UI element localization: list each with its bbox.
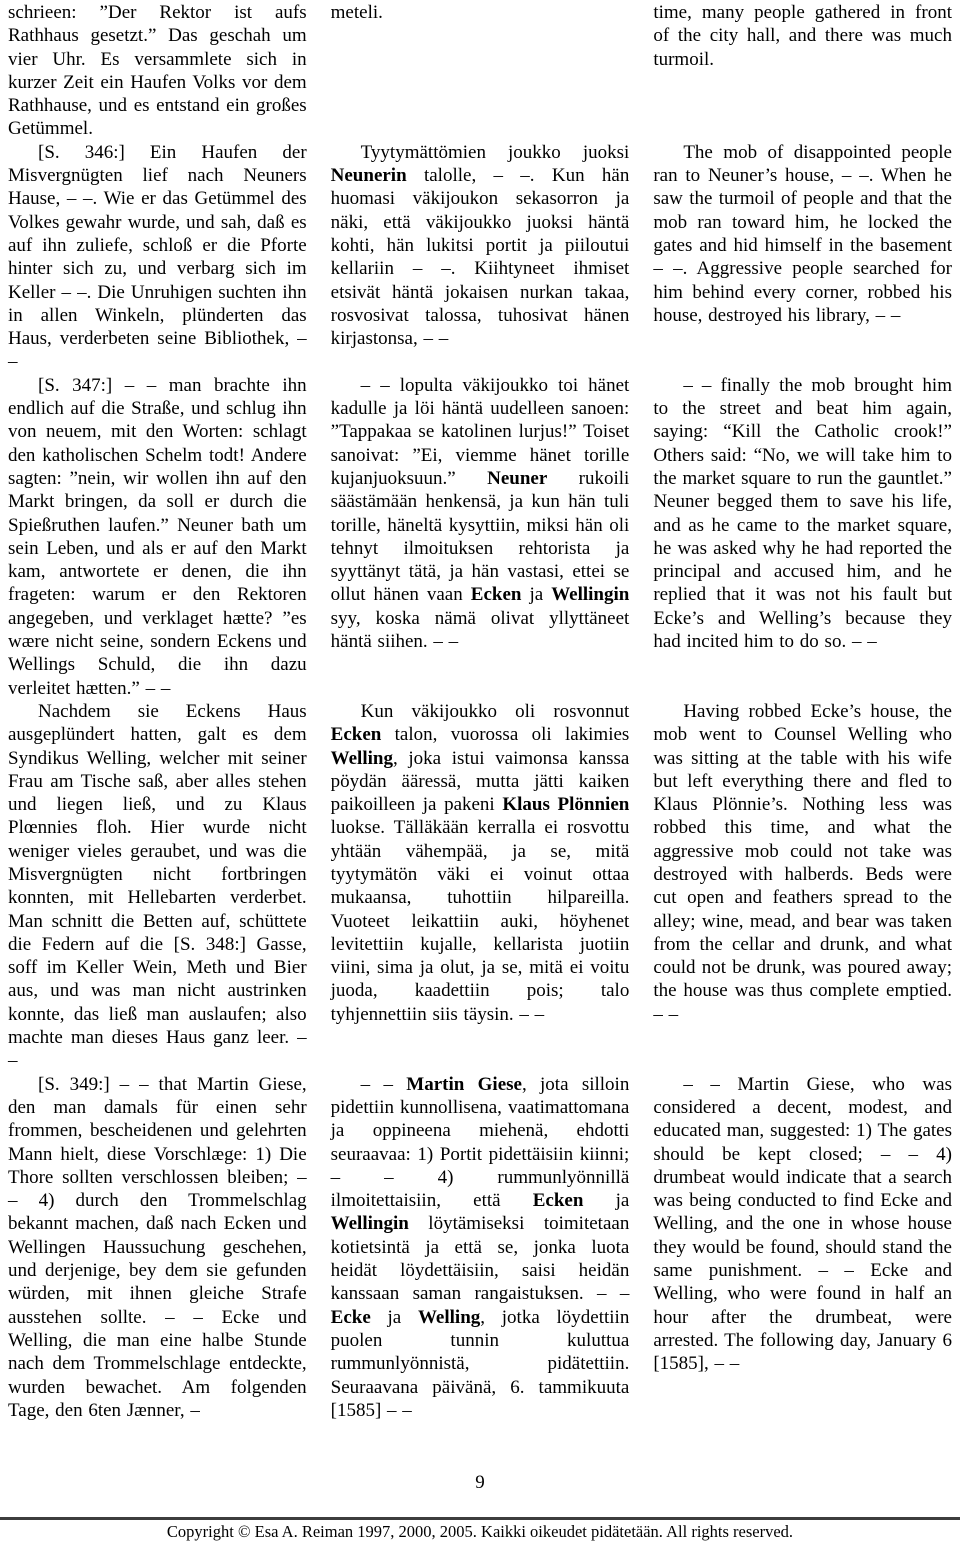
- paragraph-english: The mob of disappointed people ran to Ne…: [653, 141, 952, 327]
- paragraph-german: schrieen: ”Der Rektor ist aufs Rathhaus …: [8, 1, 307, 141]
- cell-english-row5: – – Martin Giese, who was considered a d…: [653, 1073, 952, 1422]
- text-segment: meteli.: [331, 2, 383, 23]
- text-segment: ja: [583, 1190, 629, 1211]
- paragraph-german: [S. 346:] Ein Haufen der Misvergnügten l…: [8, 141, 307, 374]
- cell-finnish-row5: – – Martin Giese, jota silloin pidettiin…: [331, 1073, 630, 1422]
- person-name-bold: Neuner: [487, 468, 547, 489]
- text-segment: Tyytymättömien joukko juoksi: [361, 142, 630, 163]
- person-name-bold: Wellingin: [551, 584, 629, 605]
- person-name-bold: Martin Giese: [406, 1074, 522, 1095]
- text-segment: schrieen: ”Der Rektor ist aufs Rathhaus …: [8, 2, 307, 139]
- cell-english-row2: The mob of disappointed people ran to Ne…: [653, 141, 952, 374]
- footer-divider: [0, 1517, 960, 1520]
- person-name-bold: Ecken: [331, 724, 382, 745]
- text-segment: – –: [361, 1074, 407, 1095]
- person-name-bold: Wellingin: [331, 1213, 409, 1234]
- person-name-bold: Ecken: [471, 584, 522, 605]
- cell-german-row2: [S. 346:] Ein Haufen der Misvergnügten l…: [8, 141, 307, 374]
- paragraph-german: Nachdem sie Eckens Haus ausgeplündert ha…: [8, 700, 307, 1073]
- text-segment: Having robbed Ecke’s house, the mob went…: [653, 701, 952, 1025]
- text-segment: syy, koska nämä olivat yllyttäneet häntä…: [331, 608, 630, 652]
- paragraph-finnish: meteli.: [331, 1, 630, 24]
- paragraph-finnish: Kun väkijoukko oli rosvonnut Ecken talon…: [331, 700, 630, 1026]
- paragraph-german: [S. 347:] – – man brachte ihn endlich au…: [8, 374, 307, 700]
- cell-english-row4: Having robbed Ecke’s house, the mob went…: [653, 700, 952, 1073]
- cell-finnish-row1: meteli.: [331, 1, 630, 141]
- text-segment: talon, vuorossa oli lakimies: [381, 724, 629, 745]
- cell-finnish-row3: – – lopulta väkijoukko toi hänet kadulle…: [331, 374, 630, 700]
- text-segment: The mob of disappointed people ran to Ne…: [653, 142, 952, 326]
- text-segment: [S. 346:] Ein Haufen der Misvergnügten l…: [8, 142, 307, 373]
- text-segment: [S. 347:] – – man brachte ihn endlich au…: [8, 375, 307, 699]
- text-segment: luokse. Tälläkään kerralla ei rosvottu y…: [331, 817, 630, 1024]
- person-name-bold: Ecken: [533, 1190, 584, 1211]
- translation-columns: schrieen: ”Der Rektor ist aufs Rathhaus …: [8, 1, 952, 1422]
- text-segment: – – Martin Giese, who was considered a d…: [653, 1074, 952, 1375]
- copyright-line: Copyright © Esa A. Reiman 1997, 2000, 20…: [0, 1522, 960, 1542]
- cell-german-row3: [S. 347:] – – man brachte ihn endlich au…: [8, 374, 307, 700]
- text-segment: [S. 349:] – – that Martin Giese, den man…: [8, 1074, 307, 1421]
- person-name-bold: Neunerin: [331, 165, 407, 186]
- text-segment: Kun väkijoukko oli rosvonnut: [361, 701, 630, 722]
- paragraph-finnish: – – lopulta väkijoukko toi hänet kadulle…: [331, 374, 630, 654]
- person-name-bold: Welling: [418, 1307, 480, 1328]
- cell-finnish-row2: Tyytymättömien joukko juoksi Neunerin ta…: [331, 141, 630, 374]
- cell-german-row5: [S. 349:] – – that Martin Giese, den man…: [8, 1073, 307, 1422]
- person-name-bold: Ecke: [331, 1307, 371, 1328]
- text-segment: time, many people gathered in front of t…: [653, 2, 952, 70]
- text-segment: ja: [521, 584, 551, 605]
- paragraph-german: [S. 349:] – – that Martin Giese, den man…: [8, 1073, 307, 1422]
- page-number: 9: [0, 1472, 960, 1494]
- paragraph-finnish: – – Martin Giese, jota silloin pidettiin…: [331, 1073, 630, 1422]
- paragraph-english: Having robbed Ecke’s house, the mob went…: [653, 700, 952, 1026]
- paragraph-english: – – Martin Giese, who was considered a d…: [653, 1073, 952, 1376]
- person-name-bold: Welling: [331, 748, 393, 769]
- text-segment: – – finally the mob brought him to the s…: [653, 375, 952, 652]
- text-segment: talolle, – –. Kun hän huomasi väkijoukon…: [331, 165, 630, 349]
- text-segment: Nachdem sie Eckens Haus ausgeplündert ha…: [8, 701, 307, 1071]
- cell-english-row3: – – finally the mob brought him to the s…: [653, 374, 952, 700]
- text-segment: ja: [371, 1307, 418, 1328]
- paragraph-finnish: Tyytymättömien joukko juoksi Neunerin ta…: [331, 141, 630, 351]
- paragraph-english: – – finally the mob brought him to the s…: [653, 374, 952, 654]
- person-name-bold: Klaus Plönnien: [502, 794, 629, 815]
- cell-german-row4: Nachdem sie Eckens Haus ausgeplündert ha…: [8, 700, 307, 1073]
- cell-english-row1: time, many people gathered in front of t…: [653, 1, 952, 141]
- cell-german-row1: schrieen: ”Der Rektor ist aufs Rathhaus …: [8, 1, 307, 141]
- paragraph-english: time, many people gathered in front of t…: [653, 1, 952, 71]
- cell-finnish-row4: Kun väkijoukko oli rosvonnut Ecken talon…: [331, 700, 630, 1073]
